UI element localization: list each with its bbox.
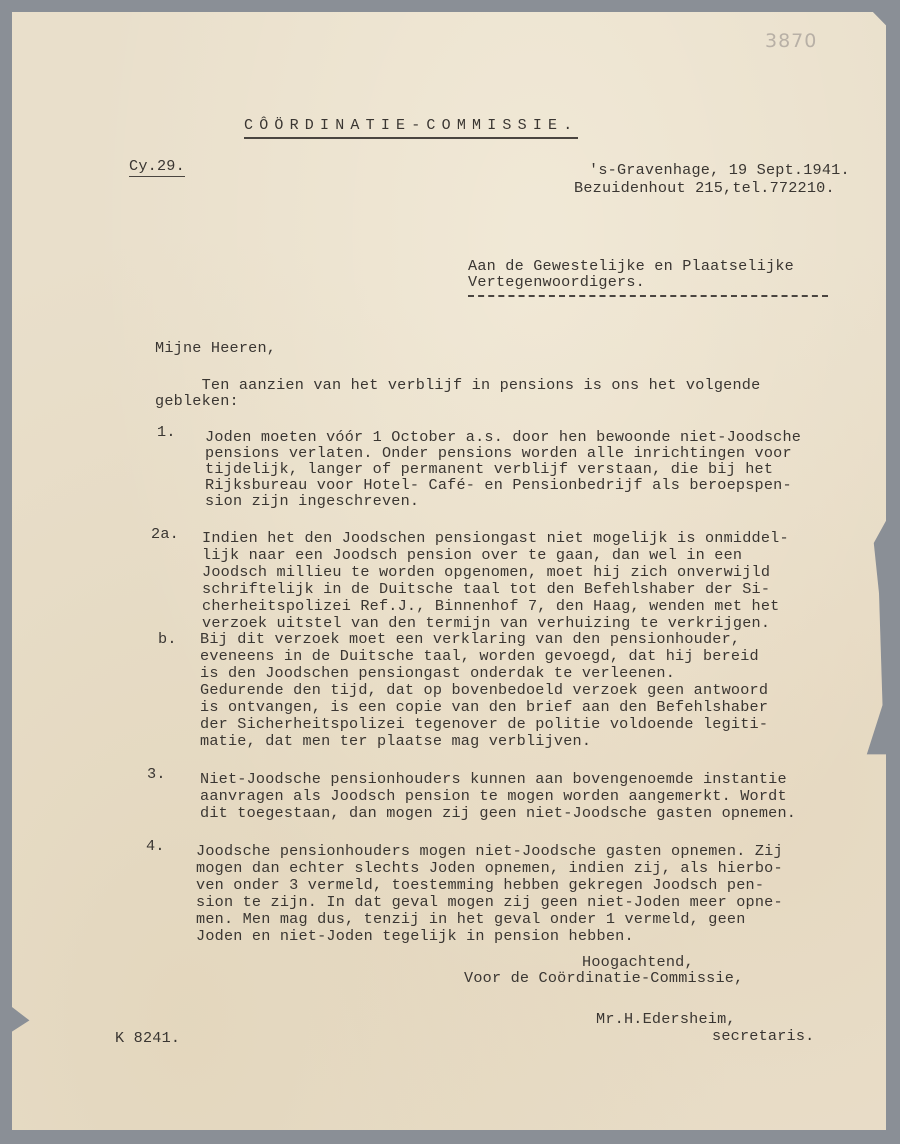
section-line: aanvragen als Joodsch pension te mogen w… [200,788,787,805]
section-line: is ontvangen, is een copie van den brief… [200,699,768,716]
section-line: is den Joodschen pensiongast onderdak te… [200,665,675,682]
section-line: mogen dan echter slechts Joden opnemen, … [196,860,783,877]
section-line: Bij dit verzoek moet een verklaring van … [200,631,740,648]
signatory-name: Mr.H.Edersheim, [596,1011,736,1028]
signatory-title: secretaris. [712,1028,814,1045]
section-line: cherheitspolizei Ref.J., Binnenhof 7, de… [202,598,779,615]
intro-line: gebleken: [155,393,239,410]
section-label: 1. [157,424,176,441]
closing-organisation: Voor de Coördinatie-Commissie, [464,970,743,987]
place-date: 's-Gravenhage, 19 Sept.1941. [589,162,850,179]
section-line: matie, dat men ter plaatse mag verblijve… [200,733,591,750]
section-line: lijk naar een Joodsch pension over te ga… [202,547,742,564]
section-label: 2a. [151,526,179,543]
footer-code: K 8241. [115,1030,180,1047]
section-line: Niet-Joodsche pensionhouders kunnen aan … [200,771,787,788]
section-label: 4. [146,838,165,855]
section-line: Joodsch millieu te worden opgenomen, moe… [202,564,770,581]
section-line: Joodsche pensionhouders mogen niet-Joods… [196,843,783,860]
section-line: schriftelijk in de Duitsche taal tot den… [202,581,770,598]
section-line: dit toegestaan, dan mogen zij geen niet-… [200,805,796,822]
letterhead-title: CÔÖRDINATIE-COMMISSIE. [244,118,578,139]
addressee-divider [468,295,828,297]
section-line: Joden en niet-Joden tegelijk in pension … [196,928,634,945]
section-line: ven onder 3 vermeld, toestemming hebben … [196,877,764,894]
intro-line: Ten aanzien van het verblijf in pensions… [155,377,760,394]
archive-number: 3870 [765,30,817,52]
section-line: Indien het den Joodschen pensiongast nie… [202,530,789,547]
section-line: sion zijn ingeschreven. [205,493,419,510]
section-label: b. [158,631,177,648]
section-line: sion te zijn. In dat geval mogen zij gee… [196,894,783,911]
section-line: eveneens in de Duitsche taal, worden gev… [200,648,759,665]
section-label: 3. [147,766,166,783]
section-line: men. Men mag dus, tenzij in het geval on… [196,911,746,928]
sender-address: Bezuidenhout 215,tel.772210. [574,180,835,197]
reference-code: Cy.29. [129,158,185,177]
salutation: Mijne Heeren, [155,340,276,357]
addressee-line: Vertegenwoordigers. [468,274,645,291]
section-line: Gedurende den tijd, dat op bovenbedoeld … [200,682,768,699]
section-line: der Sicherheitspolizei tegenover de poli… [200,716,768,733]
